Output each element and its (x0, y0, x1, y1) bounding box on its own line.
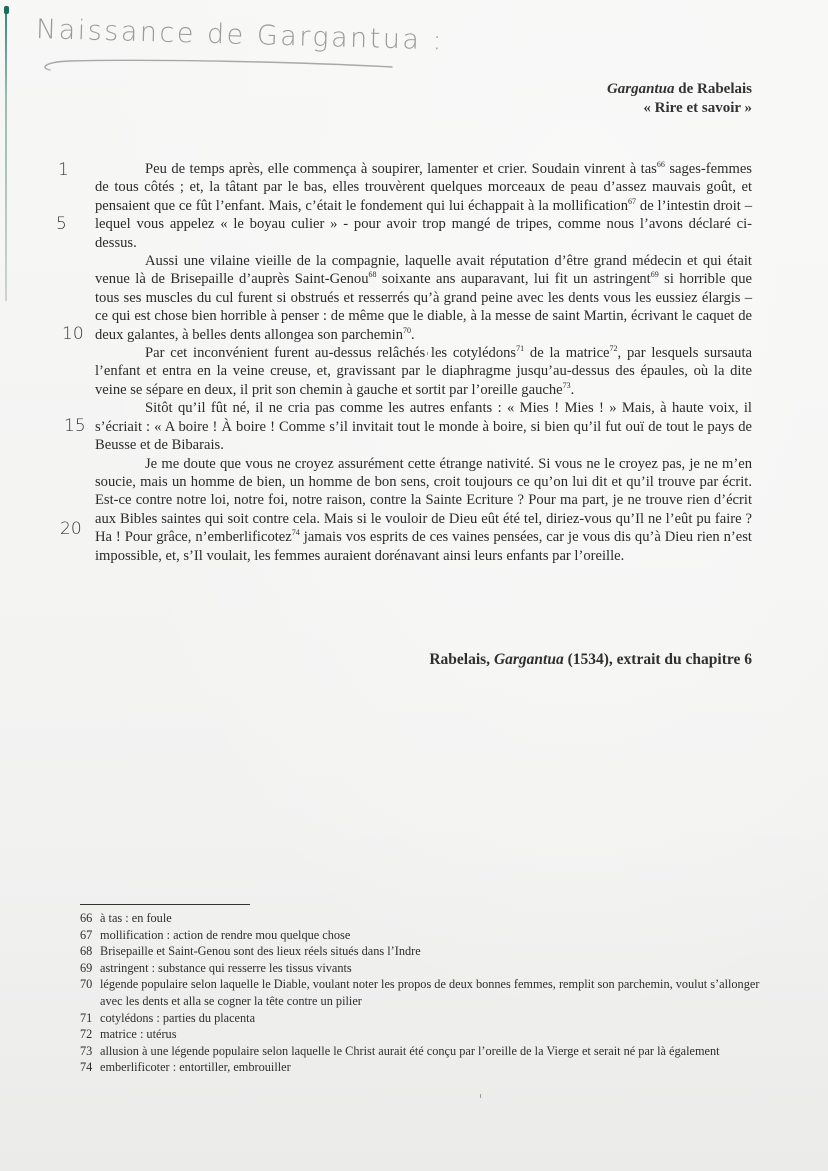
paper-speck (427, 352, 428, 355)
footnote-ref: 71 (516, 344, 524, 353)
footnote: 71cotylédons : parties du placenta (80, 1010, 760, 1027)
margin-marker-line (5, 6, 7, 301)
footnote-ref: 68 (369, 270, 377, 279)
footnote-number: 71 (80, 1010, 100, 1027)
line-number: 5 (56, 214, 67, 234)
footnote-text: à tas : en foule (100, 910, 760, 927)
header-work-title: Gargantua (607, 81, 675, 97)
document-header: Gargantua de Rabelais « Rire et savoir » (607, 80, 752, 118)
footnote-text: légende populaire selon laquelle le Diab… (100, 976, 760, 1009)
footnote: 69astringent : substance qui resserre le… (80, 960, 760, 977)
footnote-ref: 70 (403, 326, 411, 335)
footnote: 70légende populaire selon laquelle le Di… (80, 976, 760, 1009)
footnote-ref: 74 (292, 528, 300, 537)
paragraph: Par cet inconvénient furent au-dessus re… (95, 344, 752, 399)
footnote: 72matrice : utérus (80, 1026, 760, 1043)
footnote-number: 74 (80, 1059, 100, 1076)
paragraph: Sitôt qu’il fût né, il ne cria pas comme… (95, 399, 752, 454)
attribution-work: Gargantua (494, 651, 564, 668)
footnote-number: 68 (80, 943, 100, 960)
attribution-rest: (1534), extrait du chapitre 6 (564, 651, 752, 668)
footnote-ref: 69 (651, 270, 659, 279)
excerpt-body: Peu de temps après, elle commença à soup… (95, 160, 752, 565)
line-number: 15 (64, 416, 86, 436)
footnote-text: allusion à une légende populaire selon l… (100, 1043, 760, 1060)
footnote-text: emberlificoter : entortiller, embrouille… (100, 1059, 760, 1076)
footnote-text: matrice : utérus (100, 1026, 760, 1043)
footnote: 73allusion à une légende populaire selon… (80, 1043, 760, 1060)
footnote-number: 69 (80, 960, 100, 977)
handwritten-underline (40, 50, 400, 80)
line-number: 10 (62, 324, 84, 344)
footnote-ref: 66 (657, 160, 665, 169)
footnote-text: astringent : substance qui resserre les … (100, 960, 760, 977)
footnote-number: 66 (80, 910, 100, 927)
footnote-ref: 72 (610, 344, 618, 353)
paragraph: Je me doute que vous ne croyez assurémen… (95, 455, 752, 565)
footnote-ref: 67 (628, 197, 636, 206)
footnote: 66à tas : en foule (80, 910, 760, 927)
footnote-number: 72 (80, 1026, 100, 1043)
footnote-text: Brisepaille et Saint-Genou sont des lieu… (100, 943, 760, 960)
footnote-number: 70 (80, 976, 100, 1009)
footnote: 74emberlificoter : entortiller, embrouil… (80, 1059, 760, 1076)
footnote-text: mollification : action de rendre mou que… (100, 927, 760, 944)
paragraph: Peu de temps après, elle commença à soup… (95, 160, 752, 252)
line-number: 20 (60, 519, 82, 539)
footnote-number: 67 (80, 927, 100, 944)
attribution-author: Rabelais, (429, 651, 494, 668)
footnote-number: 73 (80, 1043, 100, 1060)
footnote-rule (80, 904, 250, 905)
header-work-line: Gargantua de Rabelais (607, 80, 752, 99)
header-theme: « Rire et savoir » (607, 99, 752, 118)
line-number: 1 (58, 160, 69, 180)
paragraph: Aussi une vilaine vieille de la compagni… (95, 252, 752, 344)
footnote: 67mollification : action de rendre mou q… (80, 927, 760, 944)
attribution: Rabelais, Gargantua (1534), extrait du c… (429, 651, 752, 669)
footnote-text: cotylédons : parties du placenta (100, 1010, 760, 1027)
footnotes-list: 66à tas : en foule67mollification : acti… (80, 910, 760, 1076)
margin-marker-dot (4, 6, 9, 14)
header-work-author: de Rabelais (674, 81, 752, 97)
footnote: 68Brisepaille et Saint-Genou sont des li… (80, 943, 760, 960)
footnote-ref: 73 (563, 381, 571, 390)
paper-speck (480, 1094, 481, 1098)
